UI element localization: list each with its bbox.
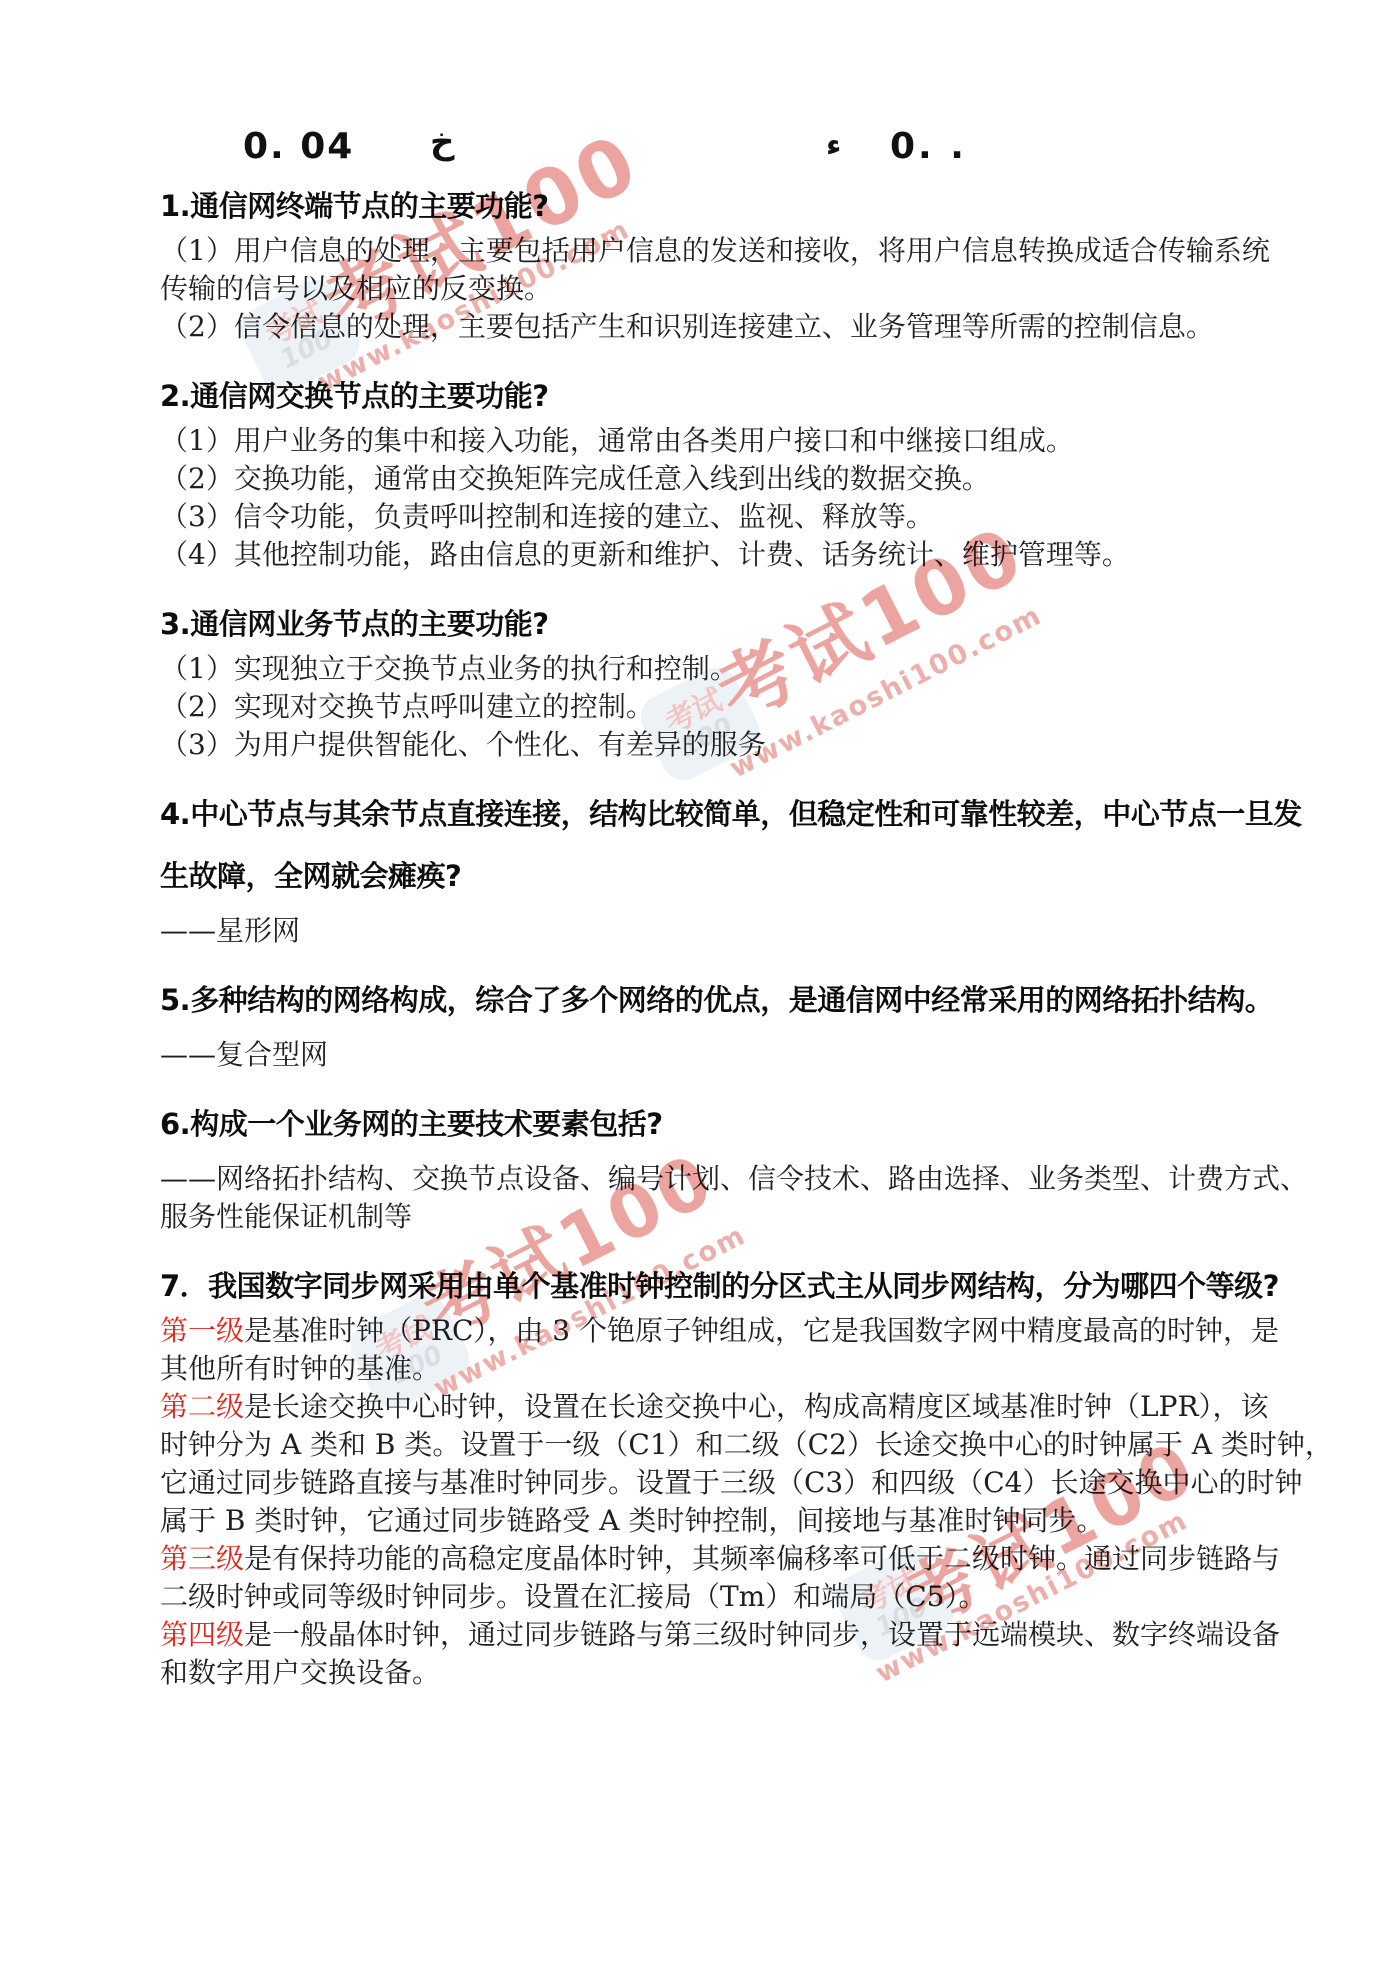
- text-run: 它通过同步链路直接与基准时钟同步。设置于三级（C3）和四级（C4）长途交换中心的…: [160, 1466, 1302, 1499]
- text-line: 第一级是基准时钟（PRC），由 3 个铯原子钟组成，它是我国数字网中精度最高的时…: [160, 1312, 1246, 1350]
- question-heading: 3.通信网业务节点的主要功能?: [160, 604, 1246, 644]
- answer-line-block: ——网络拓扑结构、交换节点设备、编号计划、信令技术、路由选择、业务类型、计费方式…: [160, 1160, 1246, 1236]
- text-line: 时钟分为 A 类和 B 类。设置于一级（C1）和二级（C2）长途交换中心的时钟属…: [160, 1426, 1246, 1464]
- text-run: 4.中心节点与其余节点直接连接，结构比较简单，但稳定性和可靠性较差，中心节点一旦…: [160, 797, 1302, 831]
- text-run: 2.通信网交换节点的主要功能?: [160, 379, 549, 413]
- text-line: （3）为用户提供智能化、个性化、有差异的服务: [160, 726, 1246, 764]
- text-line: （1）实现独立于交换节点业务的执行和控制。: [160, 650, 1246, 688]
- text-run: 是基准时钟（PRC），由 3 个铯原子钟组成，它是我国数字网中精度最高的时钟，是: [244, 1314, 1279, 1347]
- text-run: 其他所有时钟的基准。: [160, 1352, 440, 1385]
- text-run: （1）实现独立于交换节点业务的执行和控制。: [160, 652, 738, 685]
- answer-paragraph: （1）用户信息的处理，主要包括用户信息的发送和接收，将用户信息转换成适合传输系统…: [160, 232, 1246, 346]
- text-run: 时钟分为 A 类和 B 类。设置于一级（C1）和二级（C2）长途交换中心的时钟属…: [160, 1428, 1333, 1461]
- text-line: 传输的信号以及相应的反变换。: [160, 270, 1246, 308]
- text-run: ——复合型网: [160, 1038, 328, 1071]
- level-label-red: 第一级: [160, 1314, 244, 1347]
- text-line: 服务性能保证机制等: [160, 1198, 1246, 1236]
- text-line: （3）信令功能，负责呼叫控制和连接的建立、监视、释放等。: [160, 498, 1246, 536]
- text-line: ——星形网: [160, 912, 1246, 950]
- text-line: 它通过同步链路直接与基准时钟同步。设置于三级（C3）和四级（C4）长途交换中心的…: [160, 1464, 1246, 1502]
- text-run: （4）其他控制功能，路由信息的更新和维护、计费、话务统计、维护管理等。: [160, 538, 1130, 571]
- document-page: 0. 04 خ ء 0. . 1.通信网终端节点的主要功能?（1）用户信息的处理…: [0, 0, 1389, 1964]
- answer-paragraph: 第一级是基准时钟（PRC），由 3 个铯原子钟组成，它是我国数字网中精度最高的时…: [160, 1312, 1246, 1692]
- question-heading: 1.通信网终端节点的主要功能?: [160, 186, 1246, 226]
- text-run: 是一般晶体时钟，通过同步链路与第三级时钟同步，设置于远端模块、数字终端设备: [244, 1618, 1280, 1651]
- text-line: 4.中心节点与其余节点直接连接，结构比较简单，但稳定性和可靠性较差，中心节点一旦…: [160, 794, 1246, 834]
- text-run: 属于 B 类时钟，它通过同步链路受 A 类时钟控制，间接地与基准时钟同步。: [160, 1504, 1104, 1537]
- text-line: 和数字用户交换设备。: [160, 1654, 1246, 1692]
- qa-document-body: 1.通信网终端节点的主要功能?（1）用户信息的处理，主要包括用户信息的发送和接收…: [160, 186, 1246, 1692]
- text-line: 其他所有时钟的基准。: [160, 1350, 1246, 1388]
- text-line: 7．我国数字同步网采用由单个基准时钟控制的分区式主从同步网结构，分为哪四个等级?: [160, 1266, 1246, 1306]
- level-label-red: 第二级: [160, 1390, 244, 1423]
- text-run: 3.通信网业务节点的主要功能?: [160, 607, 549, 641]
- text-run: 传输的信号以及相应的反变换。: [160, 272, 552, 305]
- question-heading: 5.多种结构的网络构成，综合了多个网络的优点，是通信网中经常采用的网络拓扑结构。: [160, 980, 1246, 1020]
- text-run: 是长途交换中心时钟，设置在长途交换中心，构成高精度区域基准时钟（LPR），该: [244, 1390, 1269, 1423]
- level-label-red: 第四级: [160, 1618, 244, 1651]
- text-run: （2）交换功能，通常由交换矩阵完成任意入线到出线的数据交换。: [160, 462, 990, 495]
- text-line: 5.多种结构的网络构成，综合了多个网络的优点，是通信网中经常采用的网络拓扑结构。: [160, 980, 1246, 1020]
- text-run: 7．我国数字同步网采用由单个基准时钟控制的分区式主从同步网结构，分为哪四个等级?: [160, 1269, 1279, 1303]
- text-run: 5.多种结构的网络构成，综合了多个网络的优点，是通信网中经常采用的网络拓扑结构。: [160, 983, 1273, 1017]
- text-run: （1）用户信息的处理，主要包括用户信息的发送和接收，将用户信息转换成适合传输系统: [160, 234, 1270, 267]
- text-run: 二级时钟或同等级时钟同步。设置在汇接局（Tm）和端局（C5）。: [160, 1580, 986, 1613]
- text-line: （2）实现对交换节点呼叫建立的控制。: [160, 688, 1246, 726]
- level-label-red: 第三级: [160, 1542, 244, 1575]
- text-run: （3）信令功能，负责呼叫控制和连接的建立、监视、释放等。: [160, 500, 934, 533]
- text-line: ——复合型网: [160, 1036, 1246, 1074]
- text-run: （2）信令信息的处理，主要包括产生和识别连接建立、业务管理等所需的控制信息。: [160, 310, 1214, 343]
- text-line: 二级时钟或同等级时钟同步。设置在汇接局（Tm）和端局（C5）。: [160, 1578, 1246, 1616]
- text-run: 6.构成一个业务网的主要技术要素包括?: [160, 1107, 663, 1141]
- question-heading: 4.中心节点与其余节点直接连接，结构比较简单，但稳定性和可靠性较差，中心节点一旦…: [160, 794, 1246, 896]
- artifact-number-right: 0. .: [890, 126, 967, 167]
- artifact-arabic-glyph-2: ء: [826, 128, 841, 163]
- text-run: ——网络拓扑结构、交换节点设备、编号计划、信令技术、路由选择、业务类型、计费方式…: [160, 1162, 1308, 1195]
- answer-line-block: ——星形网: [160, 912, 1246, 950]
- answer-paragraph: （1）用户业务的集中和接入功能，通常由各类用户接口和中继接口组成。（2）交换功能…: [160, 422, 1246, 574]
- text-line: （4）其他控制功能，路由信息的更新和维护、计费、话务统计、维护管理等。: [160, 536, 1246, 574]
- text-run: 1.通信网终端节点的主要功能?: [160, 189, 549, 223]
- text-line: （2）信令信息的处理，主要包括产生和识别连接建立、业务管理等所需的控制信息。: [160, 308, 1246, 346]
- text-line: 1.通信网终端节点的主要功能?: [160, 186, 1246, 226]
- text-line: 第三级是有保持功能的高稳定度晶体时钟，其频率偏移率可低于二级时钟。通过同步链路与: [160, 1540, 1246, 1578]
- text-line: 生故障，全网就会瘫痪?: [160, 856, 1246, 896]
- text-line: 第二级是长途交换中心时钟，设置在长途交换中心，构成高精度区域基准时钟（LPR），…: [160, 1388, 1246, 1426]
- text-line: 2.通信网交换节点的主要功能?: [160, 376, 1246, 416]
- text-run: （2）实现对交换节点呼叫建立的控制。: [160, 690, 654, 723]
- artifact-number-left: 0. 04: [243, 126, 354, 167]
- question-heading: 2.通信网交换节点的主要功能?: [160, 376, 1246, 416]
- artifact-arabic-glyph-1: خ: [430, 122, 455, 162]
- answer-line-block: ——复合型网: [160, 1036, 1246, 1074]
- text-line: 属于 B 类时钟，它通过同步链路受 A 类时钟控制，间接地与基准时钟同步。: [160, 1502, 1246, 1540]
- text-run: （1）用户业务的集中和接入功能，通常由各类用户接口和中继接口组成。: [160, 424, 1074, 457]
- text-run: ——星形网: [160, 914, 300, 947]
- question-heading: 7．我国数字同步网采用由单个基准时钟控制的分区式主从同步网结构，分为哪四个等级?: [160, 1266, 1246, 1306]
- text-line: 6.构成一个业务网的主要技术要素包括?: [160, 1104, 1246, 1144]
- text-run: （3）为用户提供智能化、个性化、有差异的服务: [160, 728, 766, 761]
- text-run: 生故障，全网就会瘫痪?: [160, 859, 461, 893]
- text-run: 和数字用户交换设备。: [160, 1656, 440, 1689]
- text-line: （1）用户业务的集中和接入功能，通常由各类用户接口和中继接口组成。: [160, 422, 1246, 460]
- answer-paragraph: （1）实现独立于交换节点业务的执行和控制。（2）实现对交换节点呼叫建立的控制。（…: [160, 650, 1246, 764]
- text-run: 服务性能保证机制等: [160, 1200, 412, 1233]
- text-line: ——网络拓扑结构、交换节点设备、编号计划、信令技术、路由选择、业务类型、计费方式…: [160, 1160, 1246, 1198]
- text-line: （1）用户信息的处理，主要包括用户信息的发送和接收，将用户信息转换成适合传输系统: [160, 232, 1246, 270]
- question-heading: 6.构成一个业务网的主要技术要素包括?: [160, 1104, 1246, 1144]
- text-run: 是有保持功能的高稳定度晶体时钟，其频率偏移率可低于二级时钟。通过同步链路与: [244, 1542, 1280, 1575]
- text-line: 3.通信网业务节点的主要功能?: [160, 604, 1246, 644]
- text-line: （2）交换功能，通常由交换矩阵完成任意入线到出线的数据交换。: [160, 460, 1246, 498]
- text-line: 第四级是一般晶体时钟，通过同步链路与第三级时钟同步，设置于远端模块、数字终端设备: [160, 1616, 1246, 1654]
